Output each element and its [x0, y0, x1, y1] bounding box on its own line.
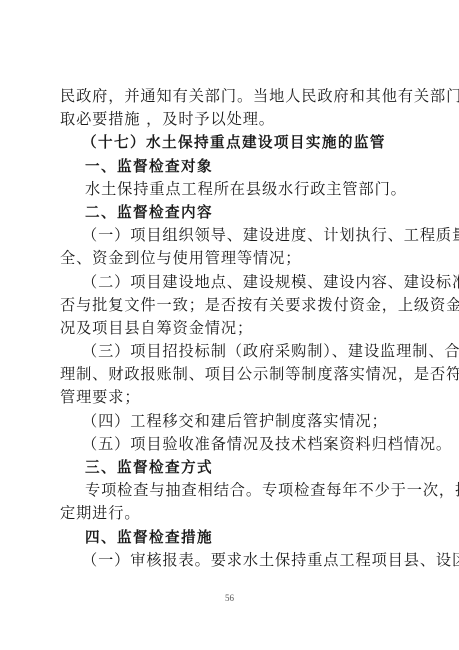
body-text-line: 水土保持重点工程所在县级水行政主管部门。 — [60, 178, 402, 201]
list-item-line: （五）项目验收准备情况及技术档案资料归档情况。 — [60, 433, 402, 456]
subsection-heading: 四、监督检查措施 — [60, 526, 402, 549]
body-text-line: 定期进行。 — [60, 502, 402, 525]
list-item-line: 否与批复文件一致；是否按有关要求拨付资金，上级资金到位情 — [60, 294, 402, 317]
page-number: 56 — [0, 593, 459, 603]
body-text-line: 取必要措施 ，及时予以处理。 — [60, 108, 402, 131]
subsection-heading: 二、监督检查内容 — [60, 201, 402, 224]
subsection-heading: 三、监督检查方式 — [60, 456, 402, 479]
list-item-line: （一）项目组织领导、建设进度、计划执行、工程质量与安 — [60, 224, 402, 247]
section-heading: （十七）水土保持重点建设项目实施的监管 — [60, 131, 402, 154]
document-page: 民政府，并通知有关部门。当地人民政府和其他有关部门应当采 取必要措施 ，及时予以… — [60, 85, 402, 572]
body-text-line: 民政府，并通知有关部门。当地人民政府和其他有关部门应当采 — [60, 85, 402, 108]
subsection-heading: 一、监督检查对象 — [60, 155, 402, 178]
list-item-line: 管理要求； — [60, 386, 402, 409]
list-item-line: 况及项目县自筹资金情况； — [60, 317, 402, 340]
list-item-line: （四）工程移交和建后管护制度落实情况； — [60, 410, 402, 433]
list-item-line: （三）项目招投标制（政府采购制）、建设监理制、合同管 — [60, 340, 402, 363]
list-item-line: （二）项目建设地点、建设规模、建设内容、建设标准等是 — [60, 271, 402, 294]
list-item-line: 理制、财政报账制、项目公示制等制度落实情况，是否符合项目 — [60, 363, 402, 386]
body-text-line: 专项检查与抽查相结合。专项检查每年不少于一次，抽查不 — [60, 479, 402, 502]
list-item-line: （一）审核报表。要求水土保持重点工程项目县、设区市按 — [60, 549, 402, 572]
list-item-line: 全、资金到位与使用管理等情况； — [60, 247, 402, 270]
